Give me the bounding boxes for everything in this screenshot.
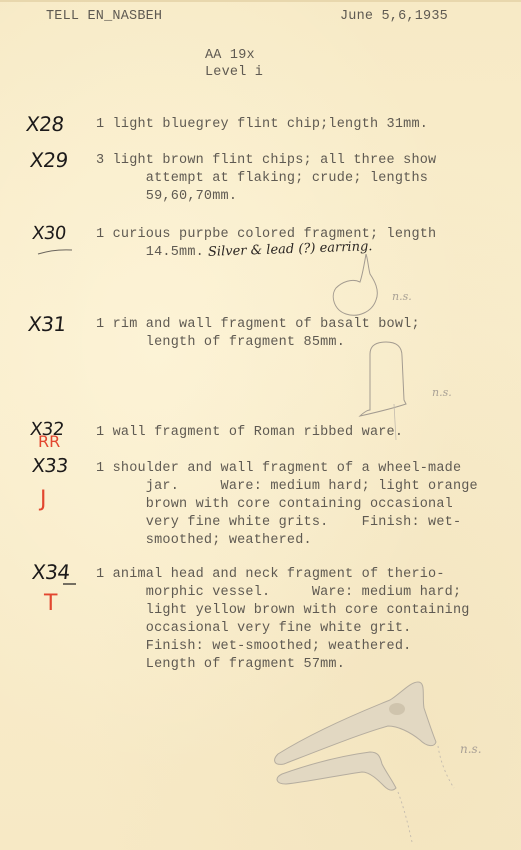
entry-x31-line-1: 1 rim and wall fragment of basalt bowl; xyxy=(96,316,420,334)
site-name: TELL EN_NASBEH xyxy=(46,8,162,26)
underline-mark xyxy=(36,248,76,256)
animal-head-sketch xyxy=(270,676,460,846)
level-label: Level i xyxy=(205,64,263,82)
record-card: TELL EN_NASBEH June 5,6,1935 AA 19x Leve… xyxy=(0,0,521,850)
entry-x33-line-1: 1 shoulder and wall fragment of a wheel-… xyxy=(96,460,461,478)
entry-x33-line-2: jar. Ware: medium hard; light orange xyxy=(96,478,478,496)
earring-sketch xyxy=(328,252,388,318)
catalog-number-x29: X29 xyxy=(29,150,69,170)
catalog-number-x33: X33 xyxy=(31,456,69,476)
entry-x34-line-6: Length of fragment 57mm. xyxy=(96,656,345,674)
entry-x34-line-1: 1 animal head and neck fragment of theri… xyxy=(96,566,445,584)
entry-x34-line-2: morphic vessel. Ware: medium hard; xyxy=(96,584,461,602)
entry-x34-line-3: light yellow brown with core containing xyxy=(96,602,470,620)
entry-x33-line-4: very fine white grits. Finish: wet- xyxy=(96,514,461,532)
entry-x29-line-2: attempt at flaking; crude; lengths xyxy=(96,170,428,188)
catalog-number-x34: X34 xyxy=(31,562,71,582)
entry-x33-line-3: brown with core containing occasional xyxy=(96,496,453,514)
sketch-scale-x30: n.s. xyxy=(392,290,412,303)
record-date: June 5,6,1935 xyxy=(340,8,448,26)
catalog-number-x31: X31 xyxy=(27,314,67,334)
entry-x30-line-1: 1 curious purpbe colored fragment; lengt… xyxy=(96,226,436,244)
entry-x28-line-1: 1 light bluegrey flint chip;length 31mm. xyxy=(96,116,428,134)
entry-x33-line-5: smoothed; weathered. xyxy=(96,532,312,550)
entry-x30-line-2: 14.5mm. xyxy=(96,244,204,262)
red-mark-x32: RR xyxy=(38,432,60,452)
entry-x34-line-5: Finish: wet-smoothed; weathered. xyxy=(96,638,411,656)
entry-x34-line-4: occasional very fine white grit. xyxy=(96,620,411,638)
red-mark-x33: J xyxy=(40,490,47,510)
red-mark-x34: T xyxy=(44,594,57,614)
area-code: AA 19x xyxy=(205,47,255,65)
sketch-scale-x34: n.s. xyxy=(460,742,482,756)
entry-x29-line-1: 3 light brown flint chips; all three sho… xyxy=(96,152,436,170)
catalog-number-x30: X30 xyxy=(31,224,67,244)
entry-x29-line-3: 59,60,70mm. xyxy=(96,188,237,206)
entry-x31-line-2: length of fragment 85mm. xyxy=(96,334,345,352)
entry-x32-line-1: 1 wall fragment of Roman ribbed ware. xyxy=(96,424,403,442)
catalog-number-x28: X28 xyxy=(25,114,65,134)
sketch-scale-x31: n.s. xyxy=(432,386,452,399)
underline-mark xyxy=(62,582,78,586)
